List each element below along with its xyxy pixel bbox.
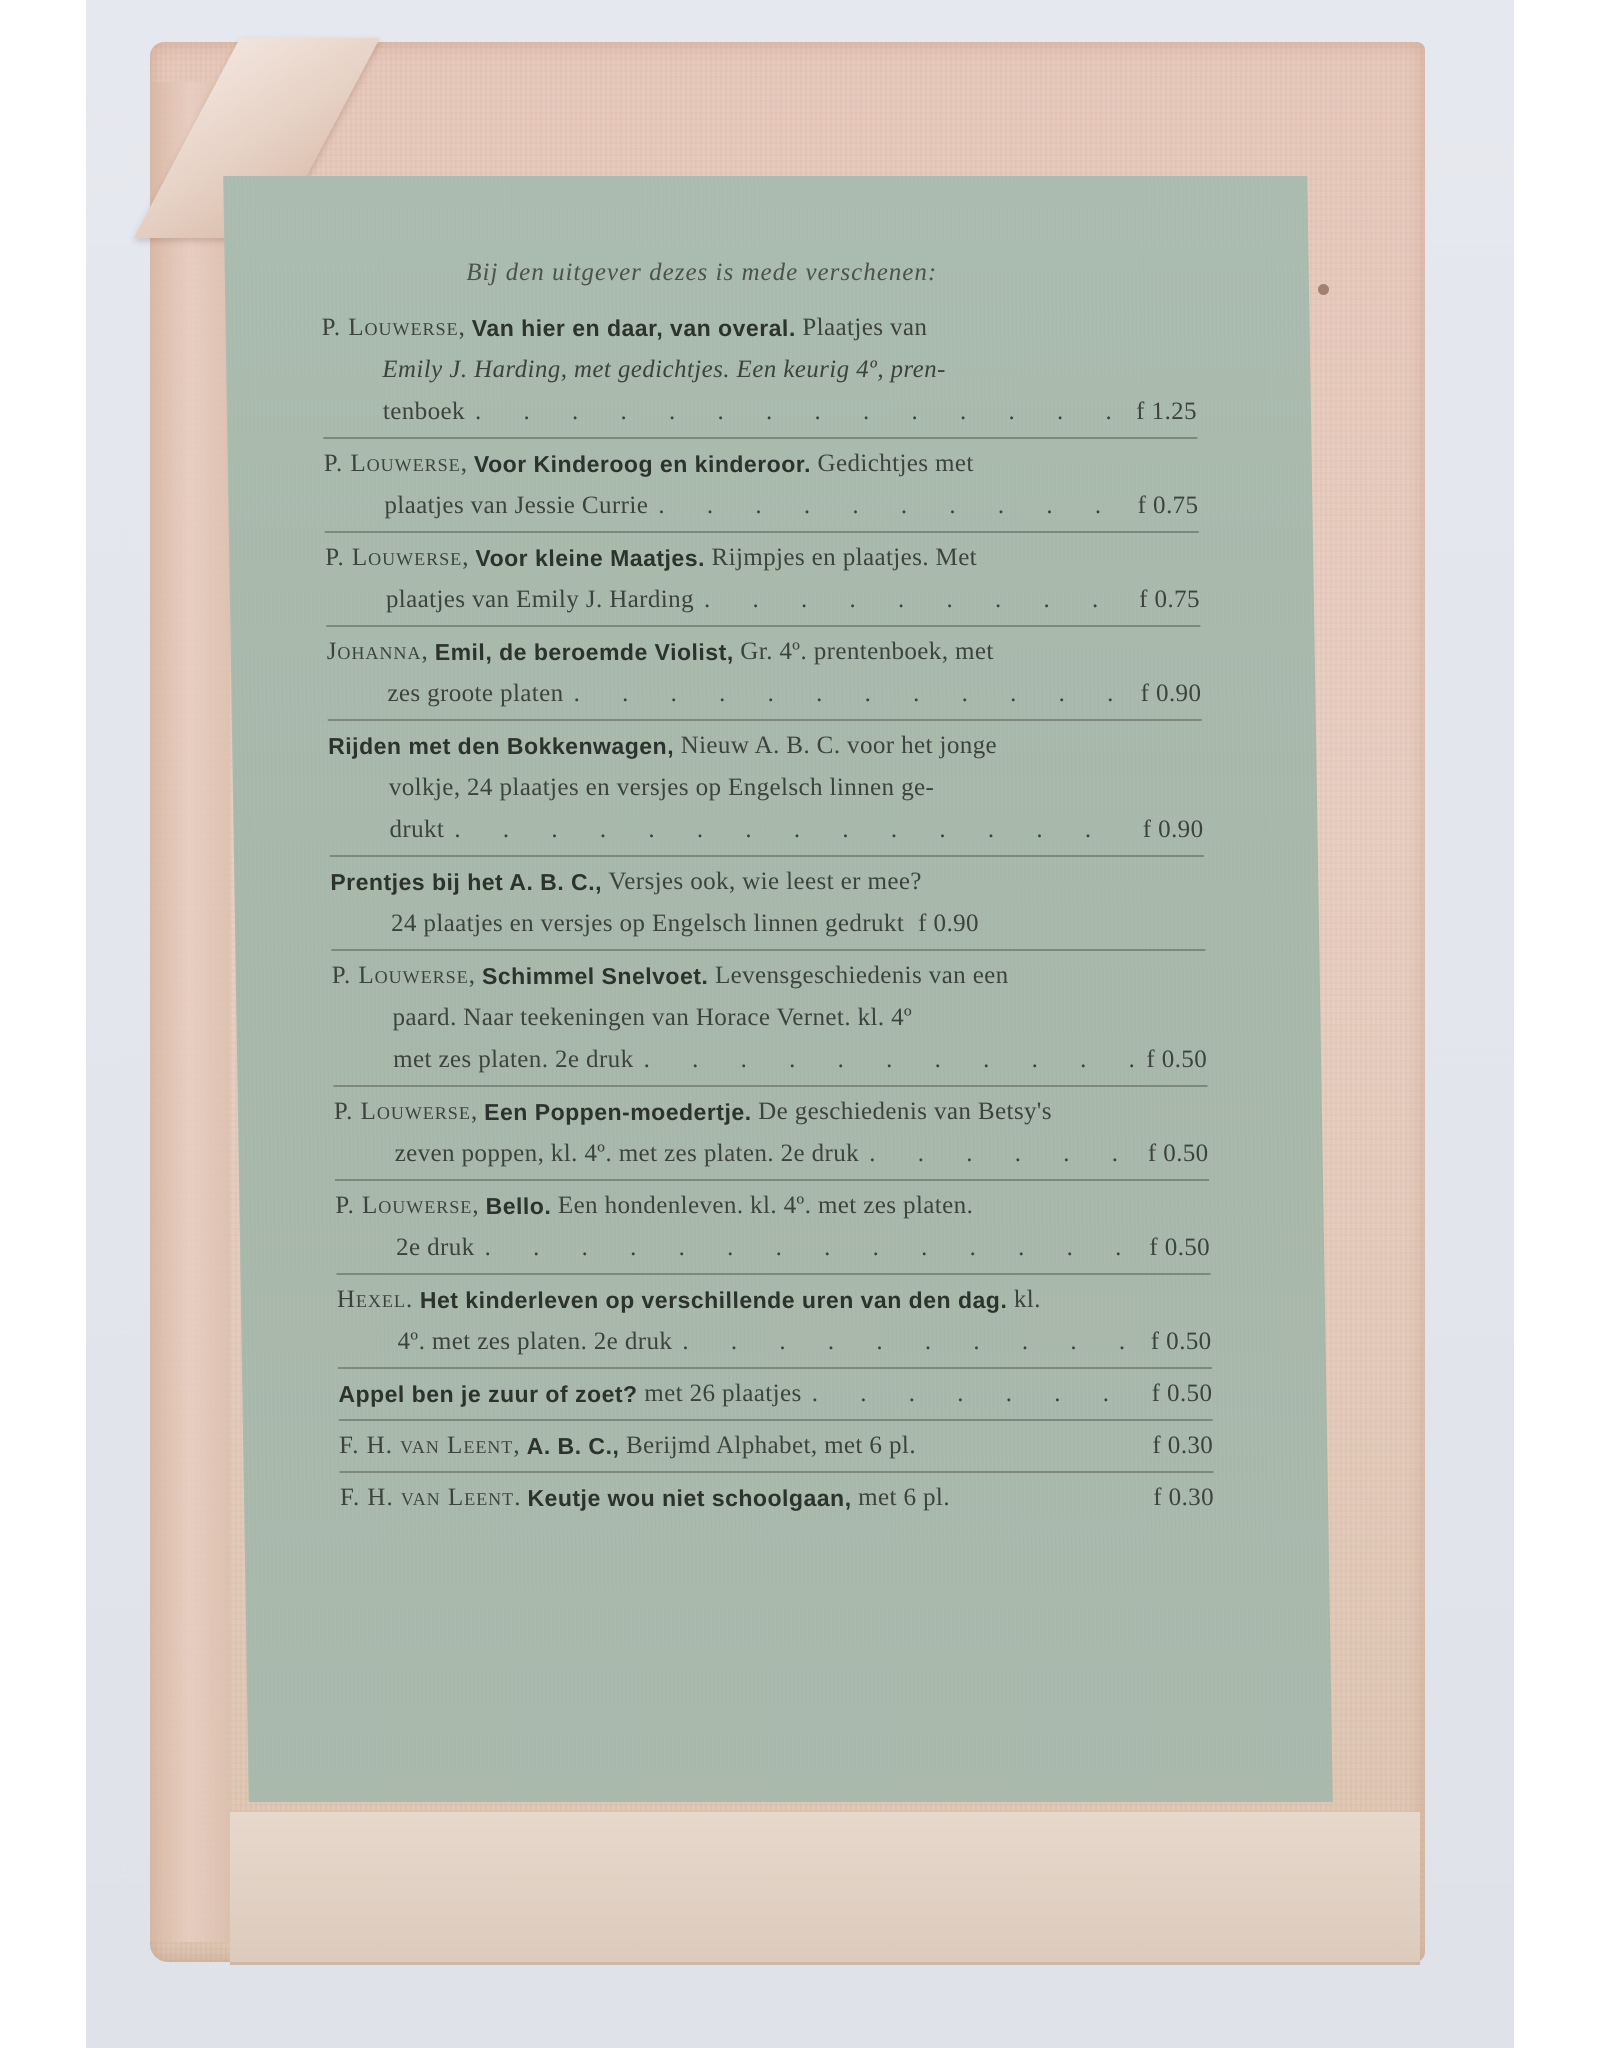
list-item: Johanna, Emil, de beroemde Violist, Gr. … <box>326 627 1201 721</box>
leader-dots <box>454 809 1133 851</box>
leader-dots <box>475 391 1127 433</box>
entry-text: plaatjes van Jessie Currie <box>384 485 648 527</box>
entry-text: Nieuw A. B. C. voor het jonge <box>680 725 997 767</box>
list-item: P. Louwerse, Van hier en daar, van overa… <box>321 303 1197 439</box>
list-item: P. Louwerse, Voor kleine Maatjes. Rijmpj… <box>325 533 1200 627</box>
entry-text: Gedichtjes met <box>817 443 974 485</box>
entry-text: met 26 plaatjes <box>644 1373 802 1415</box>
entry-text: Een hondenleven. kl. 4º. met zes platen. <box>558 1185 974 1227</box>
entry-text: Rijmpjes en plaatjes. Met <box>711 537 977 579</box>
entry-text: Levensgeschiedenis van een <box>715 955 1009 997</box>
entry-text: Gr. 4º. prentenboek, met <box>740 631 994 673</box>
entry-price: f 0.75 <box>1139 579 1200 621</box>
entry-author: P. Louwerse <box>323 443 461 485</box>
entry-author: Hexel. <box>337 1279 414 1321</box>
leader-dots <box>658 485 1128 527</box>
entry-text: tenboek <box>383 391 466 433</box>
entry-title: Een Poppen-moedertje. <box>484 1091 752 1133</box>
entry-text: paard. Naar teekeningen van Horace Verne… <box>392 997 912 1039</box>
entry-title: Voor kleine Maatjes. <box>475 537 705 579</box>
list-item: P. Louwerse, Schimmel Snelvoet. Levensge… <box>331 951 1207 1087</box>
entry-title: Van hier en daar, van overal. <box>472 307 797 349</box>
entry-title: Emil, de beroemde Violist, <box>434 631 734 673</box>
entry-price: f 0.90 <box>1142 809 1203 851</box>
entry-price: f 0.75 <box>1137 485 1198 527</box>
entry-text: Emily J. Harding, met gedichtjes. Een ke… <box>382 349 946 391</box>
list-item: Prentjes bij het A. B. C., Versjes ook, … <box>330 857 1205 951</box>
leader-dots <box>573 673 1131 715</box>
entry-price: f 1.25 <box>1136 391 1197 433</box>
entry-text: zeven poppen, kl. 4º. met zes platen. 2e… <box>394 1133 859 1175</box>
entry-price: f 0.50 <box>1146 1039 1207 1081</box>
entry-text: Versjes ook, wie leest er mee? <box>608 861 922 903</box>
entry-price: f 0.90 <box>918 903 979 945</box>
book-list: P. Louwerse, Van hier en daar, van overa… <box>321 303 1214 1523</box>
list-item: F. H. van Leent. Keutje wou niet schoolg… <box>340 1473 1215 1523</box>
entry-text: 2e druk <box>396 1227 475 1269</box>
entry-text: 4º. met zes platen. 2e druk <box>397 1321 672 1363</box>
entry-price: f 0.30 <box>1153 1477 1214 1519</box>
leader-dots <box>869 1133 1138 1175</box>
list-item: F. H. van Leent, A. B. C., Berijmd Alpha… <box>339 1421 1214 1473</box>
entry-text: De geschiedenis van Betsy's <box>758 1091 1052 1133</box>
entry-title: Schimmel Snelvoet. <box>482 955 709 997</box>
list-item: P. Louwerse, Bello. Een hondenleven. kl.… <box>335 1181 1210 1275</box>
entry-title: Bello. <box>485 1185 551 1227</box>
entry-price: f 0.50 <box>1148 1133 1209 1175</box>
entry-author: P. Louwerse <box>335 1185 473 1227</box>
entry-title: A. B. C., <box>526 1425 619 1467</box>
leader-dots <box>484 1227 1139 1269</box>
entry-price: f 0.50 <box>1150 1321 1211 1363</box>
entry-author: P. Louwerse <box>325 537 463 579</box>
list-heading: Bij den uitgever dezes is mede verschene… <box>225 259 1309 287</box>
entry-text: volkje, 24 plaatjes en versjes op Engels… <box>389 767 935 809</box>
entry-text: Plaatjes van <box>802 307 928 349</box>
leader-dots <box>682 1321 1141 1363</box>
list-item: Appel ben je zuur of zoet? met 26 plaatj… <box>338 1369 1213 1421</box>
list-item: P. Louwerse, Voor Kinderoog en kinderoor… <box>323 439 1198 533</box>
publisher-list-label: Bij den uitgever dezes is mede verschene… <box>223 176 1333 1802</box>
entry-title: Keutje wou niet schoolgaan, <box>527 1477 852 1519</box>
entry-author: Johanna <box>326 631 421 673</box>
entry-price: f 0.30 <box>1152 1425 1213 1467</box>
entry-price: f 0.50 <box>1149 1227 1210 1269</box>
list-item: Rijden met den Bokkenwagen, Nieuw A. B. … <box>328 721 1204 857</box>
entry-text: met 6 pl. <box>858 1477 950 1519</box>
entry-author: F. H. van Leent <box>340 1477 515 1519</box>
entry-title: Het kinderleven op verschillende uren va… <box>420 1279 1008 1321</box>
entry-text: kl. <box>1014 1279 1042 1321</box>
entry-text: zes groote platen <box>387 673 564 715</box>
entry-text: drukt <box>389 809 444 851</box>
list-item: P. Louwerse, Een Poppen-moedertje. De ge… <box>334 1087 1209 1181</box>
entry-author: P. Louwerse <box>321 307 459 349</box>
entry-price: f 0.50 <box>1151 1373 1212 1415</box>
stain-spot <box>1318 284 1329 295</box>
entry-author: P. Louwerse <box>331 955 469 997</box>
entry-text: 24 plaatjes en versjes op Engelsch linne… <box>391 903 905 945</box>
entry-text: plaatjes van Emily J. Harding <box>386 579 695 621</box>
entry-title: Rijden met den Bokkenwagen, <box>328 725 674 767</box>
entry-title: Prentjes bij het A. B. C., <box>330 861 602 903</box>
entry-author: F. H. van Leent <box>339 1425 514 1467</box>
bottom-flap <box>230 1812 1420 1965</box>
leader-dots <box>704 579 1130 621</box>
entry-title: Appel ben je zuur of zoet? <box>338 1373 638 1415</box>
entry-author: P. Louwerse <box>334 1091 472 1133</box>
list-item: Hexel. Het kinderleven op verschillende … <box>336 1275 1211 1369</box>
entry-price: f 0.90 <box>1140 673 1201 715</box>
entry-title: Voor Kinderoog en kinderoor. <box>474 443 812 485</box>
entry-text: Berijmd Alphabet, met 6 pl. <box>626 1425 917 1467</box>
leader-dots <box>643 1039 1137 1081</box>
entry-text: met zes platen. 2e druk <box>393 1039 634 1081</box>
leader-dots <box>811 1373 1142 1415</box>
